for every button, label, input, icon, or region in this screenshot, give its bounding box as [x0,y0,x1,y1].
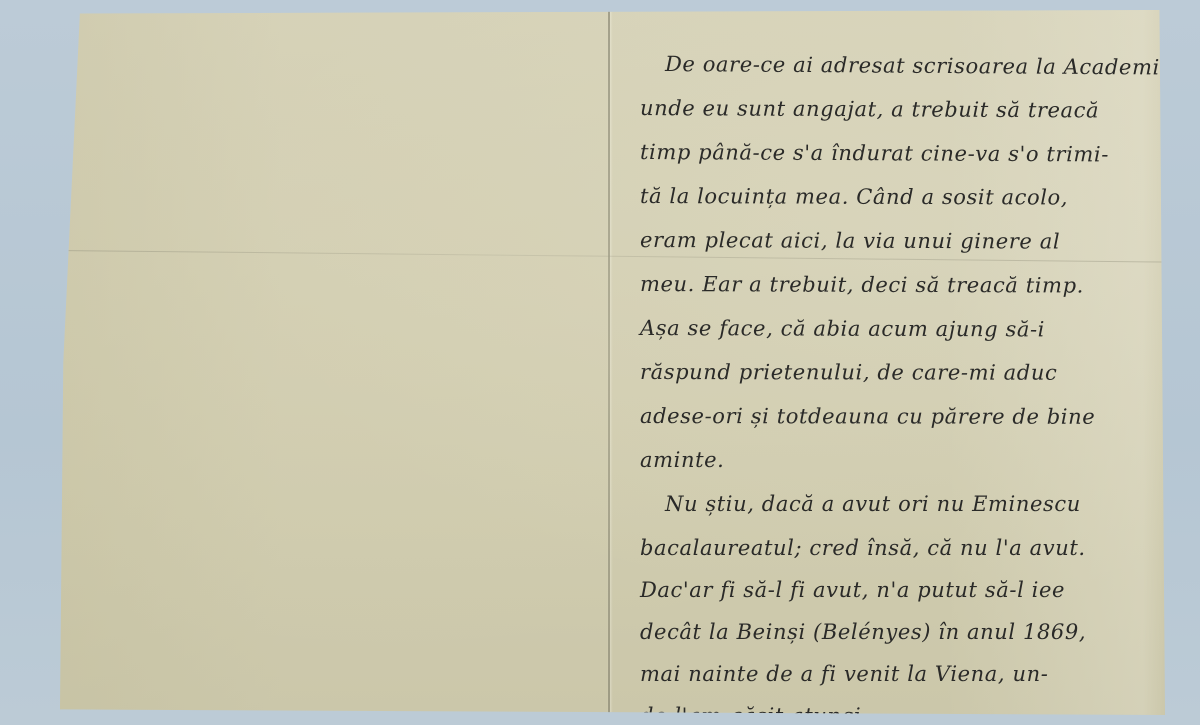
center-fold [608,10,610,715]
letter-sheet: De oare-ce ai adresat scrisoarea la Acad… [60,10,1165,715]
photo-scene: De oare-ce ai adresat scrisoarea la Acad… [0,0,1200,725]
handwritten-line: de l'am găsit atunci. [640,704,868,725]
handwritten-line: aminte. [640,448,724,472]
handwritten-line: meu. Ear a trebuit, deci să treacă timp. [640,272,1084,298]
handwritten-line: De oare-ce ai adresat scrisoarea la Acad… [665,52,1180,80]
handwritten-line: eram plecat aici, la via unui ginere al [640,228,1060,253]
handwritten-line: adese-ori și totdeauna cu părere de bine [640,404,1095,429]
handwritten-line: răspund prietenului, de care-mi aduc [640,360,1057,385]
handwritten-line: Așa se face, că abia acum ajung să-i [640,316,1045,341]
handwritten-line: unde eu sunt angajat, a trebuit să treac… [640,96,1099,122]
handwritten-line: Nu știu, dacă a avut ori nu Eminescu [665,492,1081,516]
handwritten-line: decât la Beinși (Belényes) în anul 1869, [640,620,1086,644]
handwritten-line: timp până-ce s'a îndurat cine-va s'o tri… [640,140,1109,166]
right-page-text: De oare-ce ai adresat scrisoarea la Acad… [640,52,1160,672]
handwritten-line: Dac'ar fi să-l fi avut, n'a putut să-l i… [640,578,1065,602]
handwritten-line: tă la locuința mea. Când a sosit acolo, [640,184,1068,209]
handwritten-line: mai nainte de a fi venit la Viena, un- [640,662,1048,686]
handwritten-line: bacalaureatul; cred însă, că nu l'a avut… [640,536,1086,560]
